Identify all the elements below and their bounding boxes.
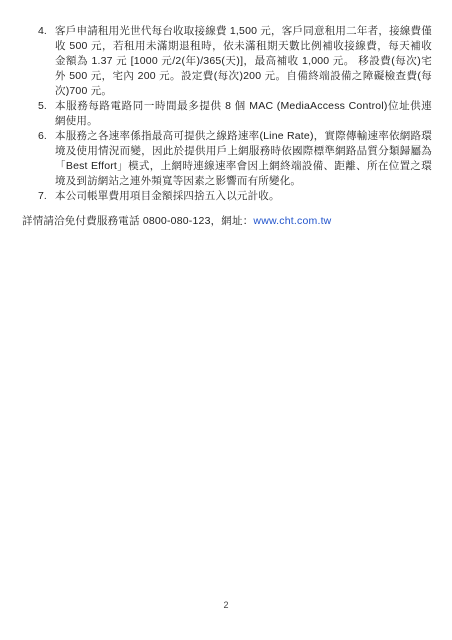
item-number: 7. (38, 189, 55, 204)
list-item: 6. 本服務之各速率係指最高可提供之線路速率(Line Rate)，實際傳輸速率… (38, 129, 432, 189)
item-number: 6. (38, 129, 55, 144)
list-item: 4. 客戶申請租用光世代每台收取接線費 1,500 元，客戶同意租用二年者，接線… (38, 24, 432, 99)
item-number: 5. (38, 99, 55, 114)
list-item: 5. 本服務每路電路同一時間最多提供 8 個 MAC (MediaAccess … (38, 99, 432, 129)
page-number: 2 (0, 600, 452, 610)
item-text: 本服務之各速率係指最高可提供之線路速率(Line Rate)，實際傳輸速率依網路… (55, 129, 432, 189)
item-number: 4. (38, 24, 55, 39)
website-link[interactable]: www.cht.com.tw (253, 215, 331, 227)
list-item: 7. 本公司帳單費用項目金額採四捨五入以元計收。 (38, 189, 432, 204)
item-text: 本服務每路電路同一時間最多提供 8 個 MAC (MediaAccess Con… (55, 99, 432, 129)
item-text: 本公司帳單費用項目金額採四捨五入以元計收。 (55, 189, 432, 204)
contact-text: 詳情請洽免付費服務電話 0800-080-123，網址： (22, 215, 253, 227)
item-text: 客戶申請租用光世代每台收取接線費 1,500 元，客戶同意租用二年者，接線費僅收… (55, 24, 432, 99)
document-page: 4. 客戶申請租用光世代每台收取接線費 1,500 元，客戶同意租用二年者，接線… (0, 0, 452, 640)
terms-list: 4. 客戶申請租用光世代每台收取接線費 1,500 元，客戶同意租用二年者，接線… (38, 24, 432, 204)
contact-line: 詳情請洽免付費服務電話 0800-080-123，網址：www.cht.com.… (22, 214, 432, 229)
